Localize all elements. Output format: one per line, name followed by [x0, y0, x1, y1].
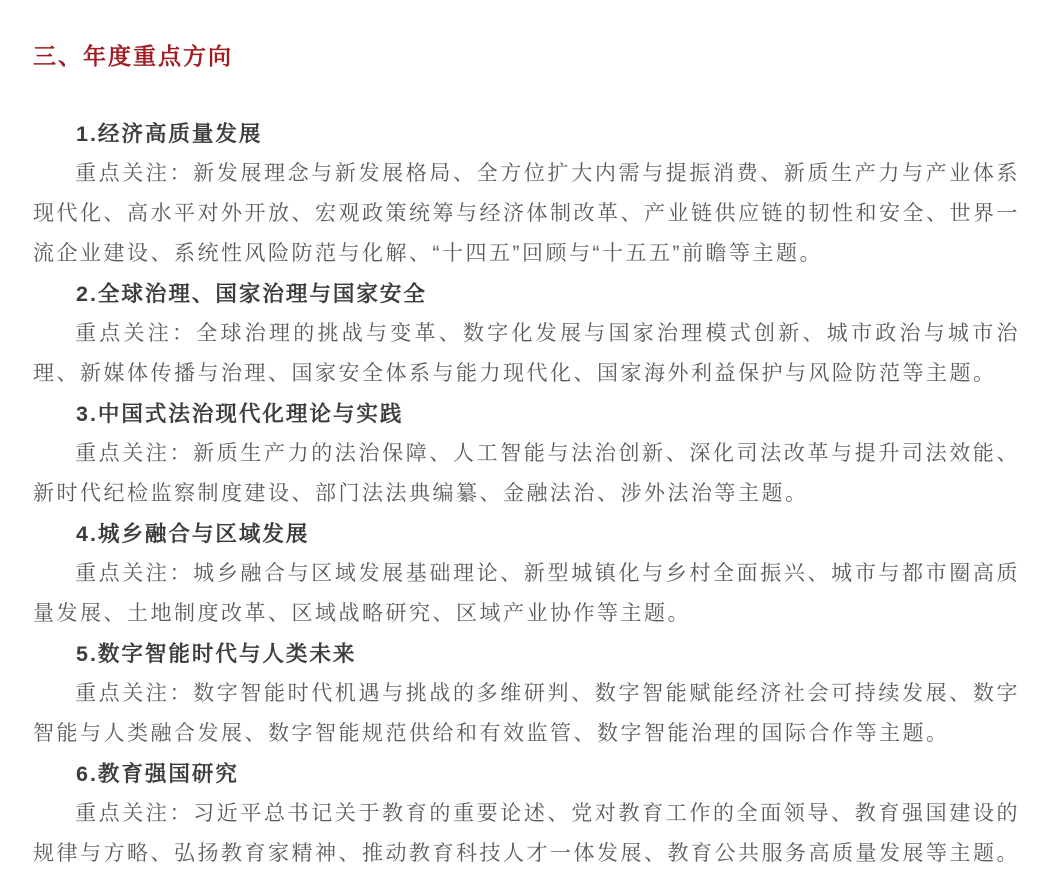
- topic-section-1: 1.经济高质量发展 重点关注：新发展理念与新发展格局、全方位扩大内需与提振消费、…: [33, 114, 1020, 274]
- topic-section-2: 2.全球治理、国家治理与国家安全 重点关注：全球治理的挑战与变革、数字化发展与国…: [33, 274, 1020, 394]
- document-page: 三、年度重点方向 1.经济高质量发展 重点关注：新发展理念与新发展格局、全方位扩…: [0, 0, 1052, 889]
- topic-heading-1: 1.经济高质量发展: [33, 114, 1020, 154]
- document-content: 1.经济高质量发展 重点关注：新发展理念与新发展格局、全方位扩大内需与提振消费、…: [33, 114, 1020, 874]
- topic-section-3: 3.中国式法治现代化理论与实践 重点关注：新质生产力的法治保障、人工智能与法治创…: [33, 394, 1020, 514]
- topic-body-1: 重点关注：新发展理念与新发展格局、全方位扩大内需与提振消费、新质生产力与产业体系…: [33, 154, 1020, 274]
- topic-heading-5: 5.数字智能时代与人类未来: [33, 634, 1020, 674]
- topic-body-3: 重点关注：新质生产力的法治保障、人工智能与法治创新、深化司法改革与提升司法效能、…: [33, 434, 1020, 514]
- topic-body-4: 重点关注：城乡融合与区域发展基础理论、新型城镇化与乡村全面振兴、城市与都市圈高质…: [33, 554, 1020, 634]
- topic-body-6: 重点关注：习近平总书记关于教育的重要论述、党对教育工作的全面领导、教育强国建设的…: [33, 794, 1020, 874]
- topic-heading-3: 3.中国式法治现代化理论与实践: [33, 394, 1020, 434]
- topic-body-5: 重点关注：数字智能时代机遇与挑战的多维研判、数字智能赋能经济社会可持续发展、数字…: [33, 674, 1020, 754]
- topic-section-6: 6.教育强国研究 重点关注：习近平总书记关于教育的重要论述、党对教育工作的全面领…: [33, 754, 1020, 874]
- topic-heading-6: 6.教育强国研究: [33, 754, 1020, 794]
- topic-section-4: 4.城乡融合与区域发展 重点关注：城乡融合与区域发展基础理论、新型城镇化与乡村全…: [33, 514, 1020, 634]
- topic-heading-2: 2.全球治理、国家治理与国家安全: [33, 274, 1020, 314]
- topic-section-5: 5.数字智能时代与人类未来 重点关注：数字智能时代机遇与挑战的多维研判、数字智能…: [33, 634, 1020, 754]
- topic-body-2: 重点关注：全球治理的挑战与变革、数字化发展与国家治理模式创新、城市政治与城市治理…: [33, 314, 1020, 394]
- topic-heading-4: 4.城乡融合与区域发展: [33, 514, 1020, 554]
- page-title: 三、年度重点方向: [33, 36, 1020, 76]
